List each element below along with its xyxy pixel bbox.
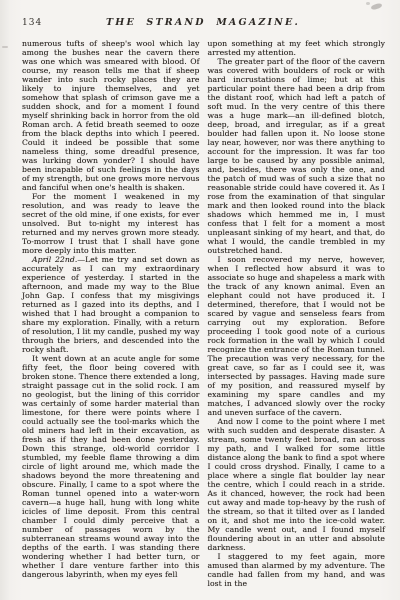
paragraph: upon something at my feet which strongly…	[208, 39, 386, 57]
page-header: 134 THE STRAND MAGAZINE.	[22, 17, 384, 28]
paragraph: For the moment I weakened in my resoluti…	[22, 192, 200, 255]
running-title: THE STRAND MAGAZINE.	[80, 17, 326, 28]
magazine-page: 134 THE STRAND MAGAZINE. numerous tufts …	[0, 0, 400, 600]
scan-fleck	[366, 2, 370, 5]
paragraph: April 22nd.—Let me try and set down as a…	[22, 255, 200, 354]
paragraph: The greater part of the floor of the cav…	[208, 57, 386, 255]
paragraph: numerous tufts of sheep's wool which lay…	[22, 39, 200, 192]
page-number: 134	[22, 18, 80, 28]
scan-edge-mark	[2, 46, 8, 48]
paragraph: And now I come to the point where I met …	[208, 417, 386, 552]
paragraph: I soon recovered my nerve, however, when…	[208, 255, 386, 417]
diary-date: April 22nd.	[32, 255, 77, 264]
column-right: upon something at my feet which strongly…	[208, 39, 386, 588]
paragraph: It went down at an acute angle for some …	[22, 354, 200, 579]
scan-smudge	[371, 3, 383, 11]
paragraph-text: —Let me try and set down as accurately a…	[22, 255, 200, 354]
paragraph: I staggered to my feet again, more amuse…	[208, 552, 386, 588]
column-left: numerous tufts of sheep's wool which lay…	[22, 39, 200, 588]
text-columns: numerous tufts of sheep's wool which lay…	[22, 39, 385, 588]
